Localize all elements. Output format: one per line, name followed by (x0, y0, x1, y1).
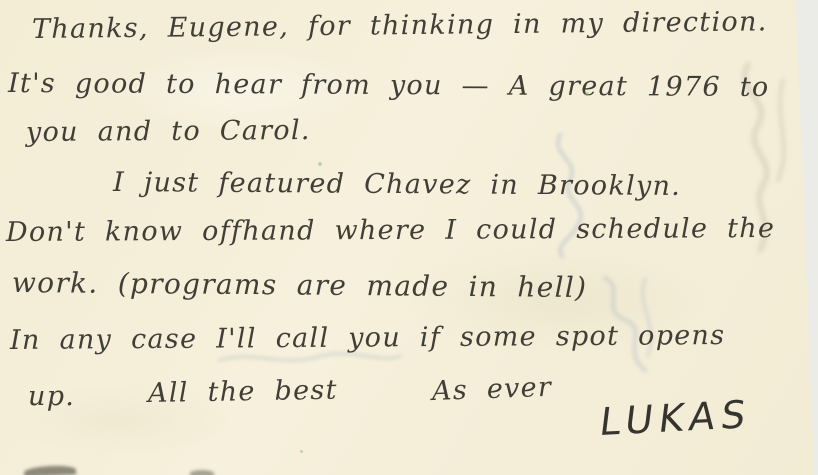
note-line: work. (programs are made in hell) (12, 266, 588, 304)
closing-phrase: All the best (148, 375, 338, 409)
note-line: It's good to hear from you — A great 197… (8, 68, 770, 103)
note-line: Don't know offhand where I could schedul… (6, 213, 775, 248)
scanned-postcard-image: Thanks, Eugene, for thinking in my direc… (0, 0, 818, 475)
scan-speck (300, 450, 303, 453)
scan-speck (585, 92, 589, 96)
note-line: I just featured Chavez in Brooklyn. (113, 167, 681, 202)
note-line: up. (28, 381, 75, 412)
closing-phrase: As ever (431, 372, 552, 407)
cut-off-ink-smudge (190, 470, 214, 475)
note-line: In any case I'll call you if some spot o… (10, 320, 726, 356)
signature: LUKAS (597, 392, 754, 444)
note-line: you and to Carol. (26, 115, 311, 148)
scan-speck (318, 162, 322, 166)
